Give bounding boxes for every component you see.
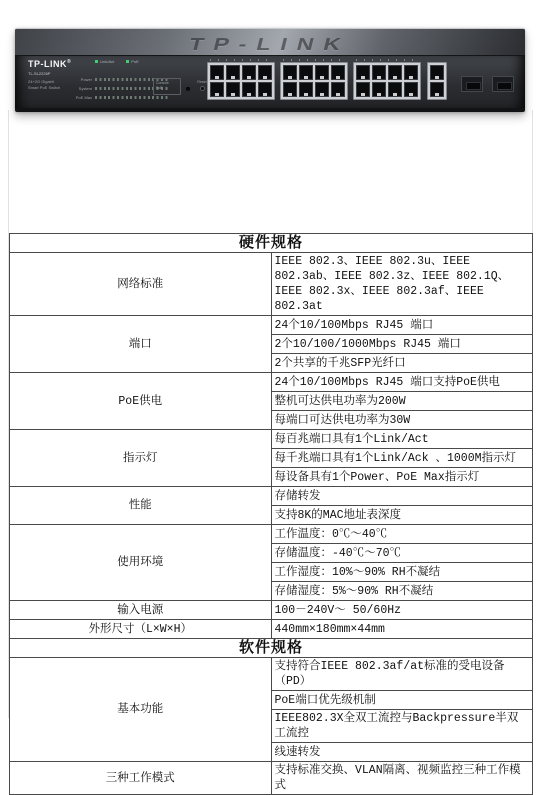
spec-label-cell: 使用环境	[10, 525, 272, 601]
table-row: 端口24个10/100Mbps RJ45 端口	[10, 316, 533, 335]
spec-label-cell: 网络标准	[10, 253, 272, 316]
rj45-port	[404, 82, 418, 97]
rj45-port	[315, 65, 329, 80]
legend-label: PoE	[131, 59, 139, 64]
table-row: 三种工作模式支持标准交换、VLAN隔离、视频监控三种工作模式	[10, 762, 533, 795]
led-dot-strip	[95, 96, 169, 99]
rj45-port	[242, 65, 256, 80]
rj45-port	[258, 82, 272, 97]
rj45-port	[315, 82, 329, 97]
spec-label-cell: 基本功能	[10, 658, 272, 762]
led-legend: Link/ActPoE	[95, 59, 139, 64]
table-row: 输入电源100－240V～ 50/60Hz	[10, 601, 533, 620]
rj45-port	[226, 65, 240, 80]
legend-item: PoE	[126, 59, 139, 64]
spec-value-cell: 每千兆端口具有1个Link/Ack 、1000M指示灯	[271, 449, 533, 468]
spec-value-cell: 存储转发	[271, 487, 533, 506]
spec-label-cell: 三种工作模式	[10, 762, 272, 795]
console-port-panel: Console PoE	[153, 78, 181, 95]
rj45-port	[210, 82, 224, 97]
rj45-port	[258, 65, 272, 80]
product-description: 24+2G Gigabit Smart PoE Switch	[28, 79, 60, 91]
console-poe-label: PoE	[156, 86, 178, 91]
description-line2: Smart PoE Switch	[28, 85, 60, 91]
table-row: PoE供电24个10/100Mbps RJ45 端口支持PoE供电	[10, 373, 533, 392]
rj45-port-group	[353, 62, 421, 100]
gigabit-combo-port	[430, 82, 444, 97]
table-row: 使用环境工作温度：0℃～40℃	[10, 525, 533, 544]
switch-front-panel: TP-LINK® TL-SL2226P 24+2G Gigabit Smart …	[15, 55, 525, 108]
rj45-port	[299, 82, 313, 97]
rj45-port	[299, 65, 313, 80]
rj45-port	[210, 65, 224, 80]
spec-value-cell: 支持标准交换、VLAN隔离、视频监控三种工作模式	[271, 762, 533, 795]
gigabit-combo-port	[430, 65, 444, 80]
spec-value-cell: PoE端口优先级机制	[271, 691, 533, 710]
registered-mark: ®	[67, 59, 71, 65]
spec-value-cell: 每百兆端口具有1个Link/Act	[271, 430, 533, 449]
spec-label-cell: 指示灯	[10, 430, 272, 487]
spec-value-cell: 线速转发	[271, 743, 533, 762]
spec-value-cell: IEEE802.3X全双工流控与Backpressure半双工流控	[271, 710, 533, 743]
spec-value-cell: 100－240V～ 50/60Hz	[271, 601, 533, 620]
spec-value-cell: 存储湿度：5%～90% RH不凝结	[271, 582, 533, 601]
spec-value-cell: 440mm×180mm×44mm	[271, 620, 533, 639]
spec-label-cell: 输入电源	[10, 601, 272, 620]
rj45-port	[283, 82, 297, 97]
section-header: 软件规格	[10, 639, 533, 658]
table-row: 网络标准IEEE 802.3、IEEE 802.3u、IEEE 802.3ab、…	[10, 253, 533, 316]
rj45-port	[372, 82, 386, 97]
spec-value-cell: 支持8K的MAC地址表深度	[271, 506, 533, 525]
spec-label-cell: PoE供电	[10, 373, 272, 430]
combo-port-area	[427, 62, 447, 100]
model-label: TL-SL2226P	[28, 71, 50, 76]
spec-label-cell: 性能	[10, 487, 272, 525]
reset-button	[200, 86, 205, 91]
spec-value-cell: 24个10/100Mbps RJ45 端口	[271, 316, 533, 335]
spec-value-cell: 工作湿度：10%～90% RH不凝结	[271, 563, 533, 582]
rj45-port	[331, 65, 345, 80]
section-header: 硬件规格	[10, 234, 533, 253]
legend-led-icon	[126, 60, 129, 63]
rj45-port	[283, 65, 297, 80]
rj45-port	[388, 82, 402, 97]
sfp-slot	[492, 76, 514, 92]
spec-table: 硬件规格网络标准IEEE 802.3、IEEE 802.3u、IEEE 802.…	[9, 233, 533, 795]
rj45-port	[356, 65, 370, 80]
switch-top-lid: TP-LINK	[15, 28, 525, 55]
table-row: 基本功能支持符合IEEE 802.3af/at标准的受电设备（PD）	[10, 658, 533, 691]
spec-value-cell: IEEE 802.3、IEEE 802.3u、IEEE 802.3ab、IEEE…	[271, 253, 533, 316]
spec-label-cell: 端口	[10, 316, 272, 373]
table-row: 指示灯每百兆端口具有1个Link/Act	[10, 430, 533, 449]
spec-value-cell: 存储温度：-40℃～70℃	[271, 544, 533, 563]
spec-value-cell: 每设备具有1个Power、PoE Max指示灯	[271, 468, 533, 487]
spec-value-cell: 2个10/100/1000Mbps RJ45 端口	[271, 335, 533, 354]
spec-value-cell: 每端口可达供电功率为30W	[271, 411, 533, 430]
switch-bottom-edge	[15, 108, 525, 112]
spec-value-cell: 2个共享的千兆SFP光纤口	[271, 354, 533, 373]
rj45-port-group	[280, 62, 348, 100]
panel-led-dot	[186, 87, 190, 91]
spec-value-cell: 整机可达供电功率为200W	[271, 392, 533, 411]
table-row: 性能存储转发	[10, 487, 533, 506]
rj45-port-group	[207, 62, 275, 100]
spec-value-cell: 24个10/100Mbps RJ45 端口支持PoE供电	[271, 373, 533, 392]
spec-value-cell: 工作温度：0℃～40℃	[271, 525, 533, 544]
rj45-port	[226, 82, 240, 97]
legend-led-icon	[95, 60, 98, 63]
spec-table-body: 硬件规格网络标准IEEE 802.3、IEEE 802.3u、IEEE 802.…	[10, 234, 533, 795]
led-row-label: PoE Max	[71, 95, 95, 100]
sfp-slot-area	[461, 76, 514, 92]
rj45-port-area	[207, 62, 421, 100]
led-row-label: Power	[71, 77, 95, 82]
spec-label-cell: 外形尺寸（L×W×H）	[10, 620, 272, 639]
rj45-port	[356, 82, 370, 97]
spec-value-cell: 支持符合IEEE 802.3af/at标准的受电设备（PD）	[271, 658, 533, 691]
rj45-port	[388, 65, 402, 80]
sfp-slot	[461, 76, 483, 92]
rj45-port	[242, 82, 256, 97]
rj45-port	[404, 65, 418, 80]
legend-label: Link/Act	[100, 59, 114, 64]
rj45-port	[372, 65, 386, 80]
led-row-label: System	[71, 86, 95, 91]
brand-logo: TP-LINK®	[28, 59, 71, 69]
embossed-brand-logo: TP-LINK	[15, 33, 525, 55]
switch-product-photo: TP-LINK TP-LINK® TL-SL2226P 24+2G Gigabi…	[15, 28, 525, 112]
table-row: 外形尺寸（L×W×H）440mm×180mm×44mm	[10, 620, 533, 639]
rj45-port	[331, 82, 345, 97]
legend-item: Link/Act	[95, 59, 114, 64]
